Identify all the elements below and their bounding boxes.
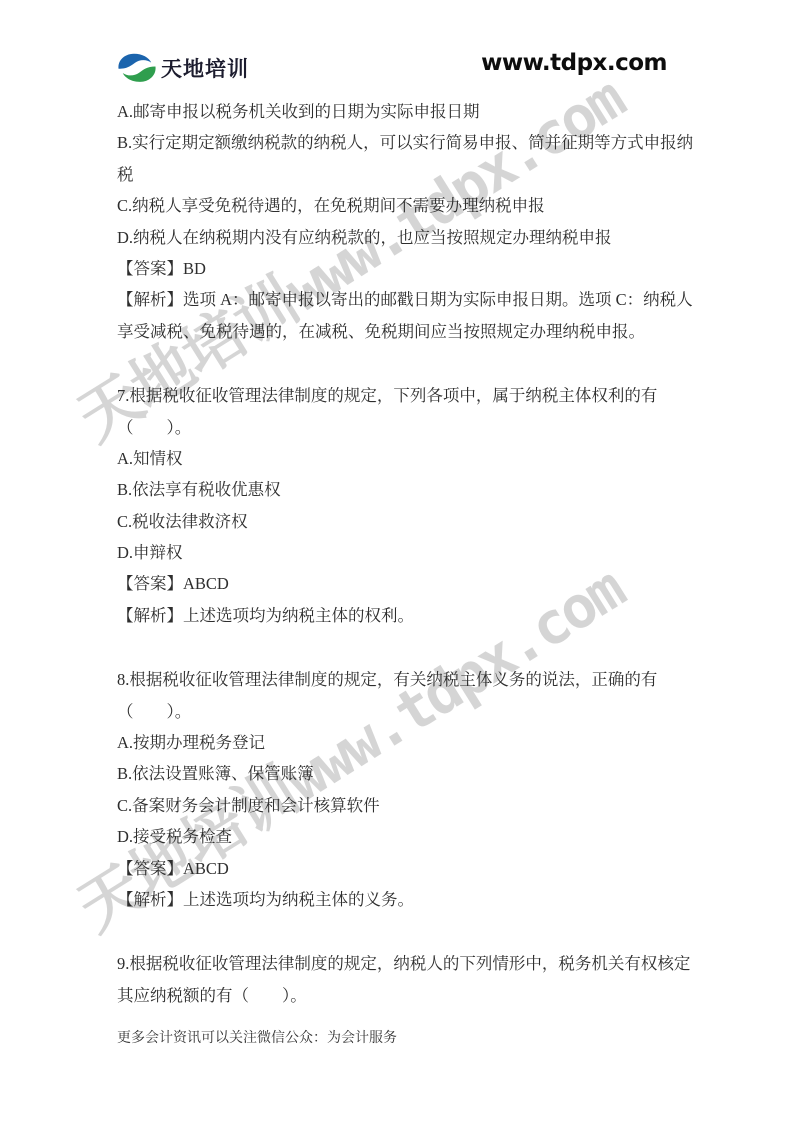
text-line: A.邮寄申报以税务机关收到的日期为实际申报日期 xyxy=(117,96,683,127)
text-line: C.纳税人享受免税待遇的，在免税期间不需要办理纳税申报 xyxy=(117,190,683,221)
logo: 天地培训 xyxy=(117,51,249,85)
text-line: 7.根据税收征收管理法律制度的规定，下列各项中，属于纳税主体权利的有 xyxy=(117,380,683,411)
question-block: A.邮寄申报以税务机关收到的日期为实际申报日期B.实行定期定额缴纳税款的纳税人，… xyxy=(117,96,683,347)
text-line: C.备案财务会计制度和会计核算软件 xyxy=(117,790,683,821)
footer-note: 更多会计资讯可以关注微信公众：为会计服务 xyxy=(117,1029,397,1049)
text-line: B.实行定期定额缴纳税款的纳税人，可以实行简易申报、简并征期等方式申报纳 xyxy=(117,127,683,158)
text-line: 【答案】BD xyxy=(117,253,683,284)
text-line: 【解析】选项 A：邮寄申报以寄出的邮戳日期为实际申报日期。选项 C：纳税人 xyxy=(117,284,683,315)
question-block: 9.根据税收征收管理法律制度的规定，纳税人的下列情形中，税务机关有权核定其应纳税… xyxy=(117,948,683,1011)
text-line: B.依法设置账簿、保管账簿 xyxy=(117,758,683,789)
text-line: 享受减税、免税待遇的，在减税、免税期间应当按照规定办理纳税申报。 xyxy=(117,316,683,347)
text-line: 8.根据税收征收管理法律制度的规定，有关纳税主体义务的说法，正确的有 xyxy=(117,664,683,695)
text-line: A.知情权 xyxy=(117,443,683,474)
text-line: D.申辩权 xyxy=(117,537,683,568)
text-line: 【答案】ABCD xyxy=(117,853,683,884)
text-line: （ ）。 xyxy=(117,412,683,443)
question-block: 7.根据税收征收管理法律制度的规定，下列各项中，属于纳税主体权利的有（ ）。A.… xyxy=(117,380,683,631)
text-line: B.依法享有税收优惠权 xyxy=(117,474,683,505)
question-block: 8.根据税收征收管理法律制度的规定，有关纳税主体义务的说法，正确的有（ ）。A.… xyxy=(117,664,683,915)
document-page: 天地培训 www.tdpx.com 天地培训www.tdpx.com 天地培训w… xyxy=(0,0,793,1122)
text-line: A.按期办理税务登记 xyxy=(117,727,683,758)
document-blocks: A.邮寄申报以税务机关收到的日期为实际申报日期B.实行定期定额缴纳税款的纳税人，… xyxy=(117,96,683,1011)
text-line: 【解析】上述选项均为纳税主体的义务。 xyxy=(117,884,683,915)
text-line: （ ）。 xyxy=(117,696,683,727)
text-line: 其应纳税额的有（ ）。 xyxy=(117,980,683,1011)
logo-text: 天地培训 xyxy=(161,53,249,83)
text-line: D.接受税务检查 xyxy=(117,821,683,852)
website-url: www.tdpx.com xyxy=(481,50,667,76)
text-line: 9.根据税收征收管理法律制度的规定，纳税人的下列情形中，税务机关有权核定 xyxy=(117,948,683,979)
text-line: 【答案】ABCD xyxy=(117,568,683,599)
page-header: 天地培训 www.tdpx.com xyxy=(0,0,793,96)
text-line: 【解析】上述选项均为纳税主体的权利。 xyxy=(117,600,683,631)
text-line: D.纳税人在纳税期内没有应纳税款的，也应当按照规定办理纳税申报 xyxy=(117,222,683,253)
logo-swirl-icon xyxy=(117,51,157,85)
text-line: 税 xyxy=(117,159,683,190)
text-line: C.税收法律救济权 xyxy=(117,506,683,537)
